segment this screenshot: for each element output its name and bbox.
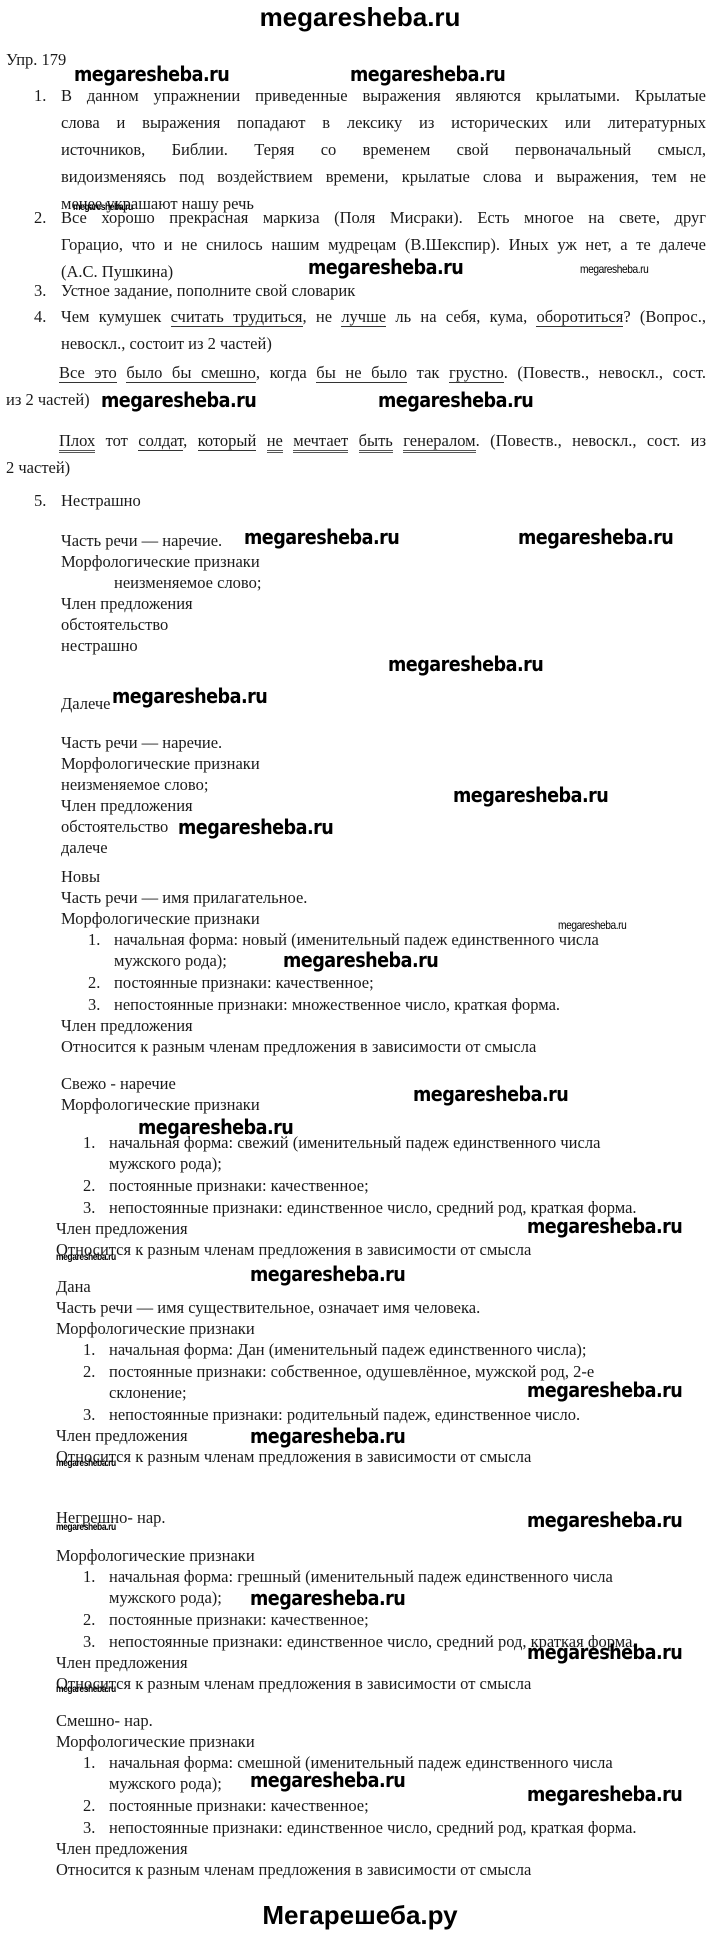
watermark: megaresheba.ru — [518, 525, 673, 549]
watermark: megaresheba.ru — [413, 1082, 568, 1106]
analysis-title: Далече — [61, 693, 111, 714]
watermark: megaresheba.ru — [250, 1262, 405, 1286]
watermark: megaresheba.ru — [378, 388, 533, 412]
predicate-underline: не — [267, 431, 283, 453]
watermark: megaresheba.ru — [56, 1684, 116, 1695]
predicate-underline: грустно — [449, 363, 504, 383]
watermark: megaresheba.ru — [308, 255, 463, 279]
subject-underline: солдат — [138, 431, 183, 451]
feature-number: 2. — [83, 1361, 95, 1382]
member-label: Член предложения — [61, 1015, 193, 1036]
watermark: megaresheba.ru — [112, 684, 267, 708]
feature-number: 3. — [83, 1631, 95, 1652]
item-number: 5. — [34, 490, 46, 511]
feature-text: мужского рода); — [114, 950, 227, 971]
member-value: Относится к разным членам предложения в … — [56, 1673, 531, 1694]
watermark: megaresheba.ru — [244, 525, 399, 549]
member-value: Относится к разным членам предложения в … — [56, 1859, 531, 1880]
text-line: Все хорошо прекрасная маркиза (Поля Миср… — [61, 204, 706, 231]
feature-text: постоянные признаки: качественное; — [114, 972, 374, 993]
feature-text: начальная форма: Дан (именительный падеж… — [109, 1339, 586, 1360]
text-line: 2 частей) — [6, 454, 706, 481]
watermark: megaresheba.ru — [283, 948, 438, 972]
feature-text: постоянные признаки: качественное; — [109, 1609, 369, 1630]
subject-underline: Все это — [59, 363, 117, 383]
watermark: megaresheba.ru — [350, 62, 505, 86]
analysis-title: Смешно- нар. — [56, 1710, 153, 1731]
watermark: megaresheba.ru — [250, 1586, 405, 1610]
text-line: источников, Библии. Теряя со временем св… — [61, 136, 706, 163]
predicate-underline: генералом — [403, 431, 475, 453]
item-number: 4. — [34, 306, 46, 327]
feature-number: 1. — [83, 1132, 95, 1153]
watermark: megaresheba.ru — [453, 783, 608, 807]
watermark: megaresheba.ru — [250, 1768, 405, 1792]
predicate-underline: мечтает — [293, 431, 348, 453]
item-number: 3. — [34, 280, 46, 301]
watermark: megaresheba.ru — [56, 1522, 116, 1533]
watermark: megaresheba.ru — [56, 1458, 116, 1469]
underlined-predicate: считать трудиться — [171, 307, 303, 327]
feature-text: мужского рода); — [109, 1587, 222, 1608]
member-label: Член предложения — [61, 593, 193, 614]
watermark: megaresheba.ru — [558, 918, 626, 932]
morph-label: Морфологические признаки — [61, 908, 260, 929]
item-4-text: Чем кумушек считать трудиться, не лучше … — [61, 303, 706, 357]
watermark: megaresheba.ru — [178, 815, 333, 839]
morph-label: Морфологические признаки — [56, 1318, 255, 1339]
part-of-speech: Часть речи — имя прилагательное. — [61, 887, 307, 908]
feature-text: постоянные признаки: качественное; — [109, 1175, 369, 1196]
morph-label: Морфологические признаки — [56, 1731, 255, 1752]
watermark: megaresheba.ru — [527, 1782, 682, 1806]
feature-text: начальная форма: грешный (именительный п… — [109, 1566, 613, 1587]
feature-number: 3. — [83, 1817, 95, 1838]
member-label: Член предложения — [56, 1425, 188, 1446]
morph-label: Морфологические признаки — [61, 1094, 260, 1115]
feature-number: 1. — [88, 929, 100, 950]
morph-label: Морфологические признаки — [61, 753, 260, 774]
predicate-underline: Плох — [59, 431, 95, 453]
underlined-word: лучше — [341, 307, 386, 327]
analysis-title: Новы — [61, 866, 100, 887]
text-line: видоизменяясь под воздействием времени, … — [61, 163, 706, 190]
member-value: далече — [61, 837, 108, 858]
watermark: megaresheba.ru — [138, 1115, 293, 1139]
watermark: megaresheba.ru — [73, 202, 133, 213]
item-3-text: Устное задание, пополните свой словарик — [61, 280, 355, 301]
feature-text: непостоянные признаки: множественное чис… — [114, 994, 560, 1015]
watermark: megaresheba.ru — [527, 1214, 682, 1238]
text-line: слова и выражения попадают в лексику из … — [61, 109, 706, 136]
member-value: обстоятельство — [61, 816, 168, 837]
part-of-speech: Часть речи — имя существительное, означа… — [56, 1297, 480, 1318]
item-number: 1. — [34, 85, 46, 106]
subject-underline: который — [198, 431, 257, 451]
feature-number: 2. — [88, 972, 100, 993]
watermark: megaresheba.ru — [101, 388, 256, 412]
item-5-word: Нестрашно — [61, 490, 141, 511]
watermark: megaresheba.ru — [580, 262, 648, 276]
predicate-underline: было бы смешно — [126, 363, 256, 383]
feature-number: 3. — [83, 1404, 95, 1425]
member-label: Член предложения — [56, 1218, 188, 1239]
feature-text: постоянные признаки: собственное, одушев… — [109, 1361, 594, 1382]
morph-label: Морфологические признаки — [56, 1545, 255, 1566]
watermark: megaresheba.ru — [527, 1640, 682, 1664]
watermark: megaresheba.ru — [527, 1508, 682, 1532]
site-logo-footer: Мегарешеба.ру — [0, 1900, 720, 1931]
feature-number: 1. — [83, 1752, 95, 1773]
member-label: Член предложения — [56, 1838, 188, 1859]
feature-text: склонение; — [109, 1382, 187, 1403]
text-line: В данном упражнении приведенные выражени… — [61, 82, 706, 109]
exercise-title: Упр. 179 — [6, 49, 66, 70]
feature-text: мужского рода); — [109, 1153, 222, 1174]
text-line: Горацио, что и не снилось нашим мудрецам… — [61, 231, 706, 258]
feature-number: 2. — [83, 1175, 95, 1196]
feature-text: непостоянные признаки: единственное числ… — [109, 1817, 637, 1838]
watermark: megaresheba.ru — [74, 62, 229, 86]
watermark: megaresheba.ru — [56, 1252, 116, 1263]
member-value: нестрашно — [61, 635, 138, 656]
feature-number: 3. — [83, 1197, 95, 1218]
analysis-title: Дана — [56, 1276, 91, 1297]
item-number: 2. — [34, 207, 46, 228]
member-value: Относится к разным членам предложения в … — [56, 1239, 531, 1260]
feature-text: непостоянные признаки: родительный падеж… — [109, 1404, 580, 1425]
feature-text: мужского рода); — [109, 1773, 222, 1794]
member-value: Относится к разным членам предложения в … — [56, 1446, 531, 1467]
watermark: megaresheba.ru — [250, 1424, 405, 1448]
morph-text: неизменяемое слово; — [114, 572, 261, 593]
member-value: Относится к разным членам предложения в … — [61, 1036, 536, 1057]
feature-number: 2. — [83, 1609, 95, 1630]
part-of-speech: Часть речи — наречие. — [61, 732, 222, 753]
predicate-underline: бы не было — [316, 363, 407, 383]
feature-number: 2. — [83, 1795, 95, 1816]
feature-text: постоянные признаки: качественное; — [109, 1795, 369, 1816]
feature-number: 3. — [88, 994, 100, 1015]
member-label: Член предложения — [56, 1652, 188, 1673]
feature-number: 1. — [83, 1566, 95, 1587]
member-label: Член предложения — [61, 795, 193, 816]
morph-label: Морфологические признаки — [61, 551, 260, 572]
text-line: невоскл., состоит из 2 частей) — [61, 330, 706, 357]
member-value: обстоятельство — [61, 614, 168, 635]
predicate-underline: быть — [359, 431, 393, 453]
watermark: megaresheba.ru — [527, 1378, 682, 1402]
sentence-analysis-b: Плох тот солдат, который не мечтает быть… — [6, 427, 706, 481]
item-1-text: В данном упражнении приведенные выражени… — [61, 82, 706, 217]
morph-text: неизменяемое слово; — [61, 774, 208, 795]
part-of-speech: Часть речи — наречие. — [61, 530, 222, 551]
feature-text: начальная форма: новый (именительный пад… — [114, 929, 599, 950]
watermark: megaresheba.ru — [388, 652, 543, 676]
site-logo-header: megaresheba.ru — [0, 2, 720, 33]
feature-number: 1. — [83, 1339, 95, 1360]
underlined-word: оборотиться — [536, 307, 623, 327]
analysis-title: Свежо - наречие — [61, 1073, 176, 1094]
